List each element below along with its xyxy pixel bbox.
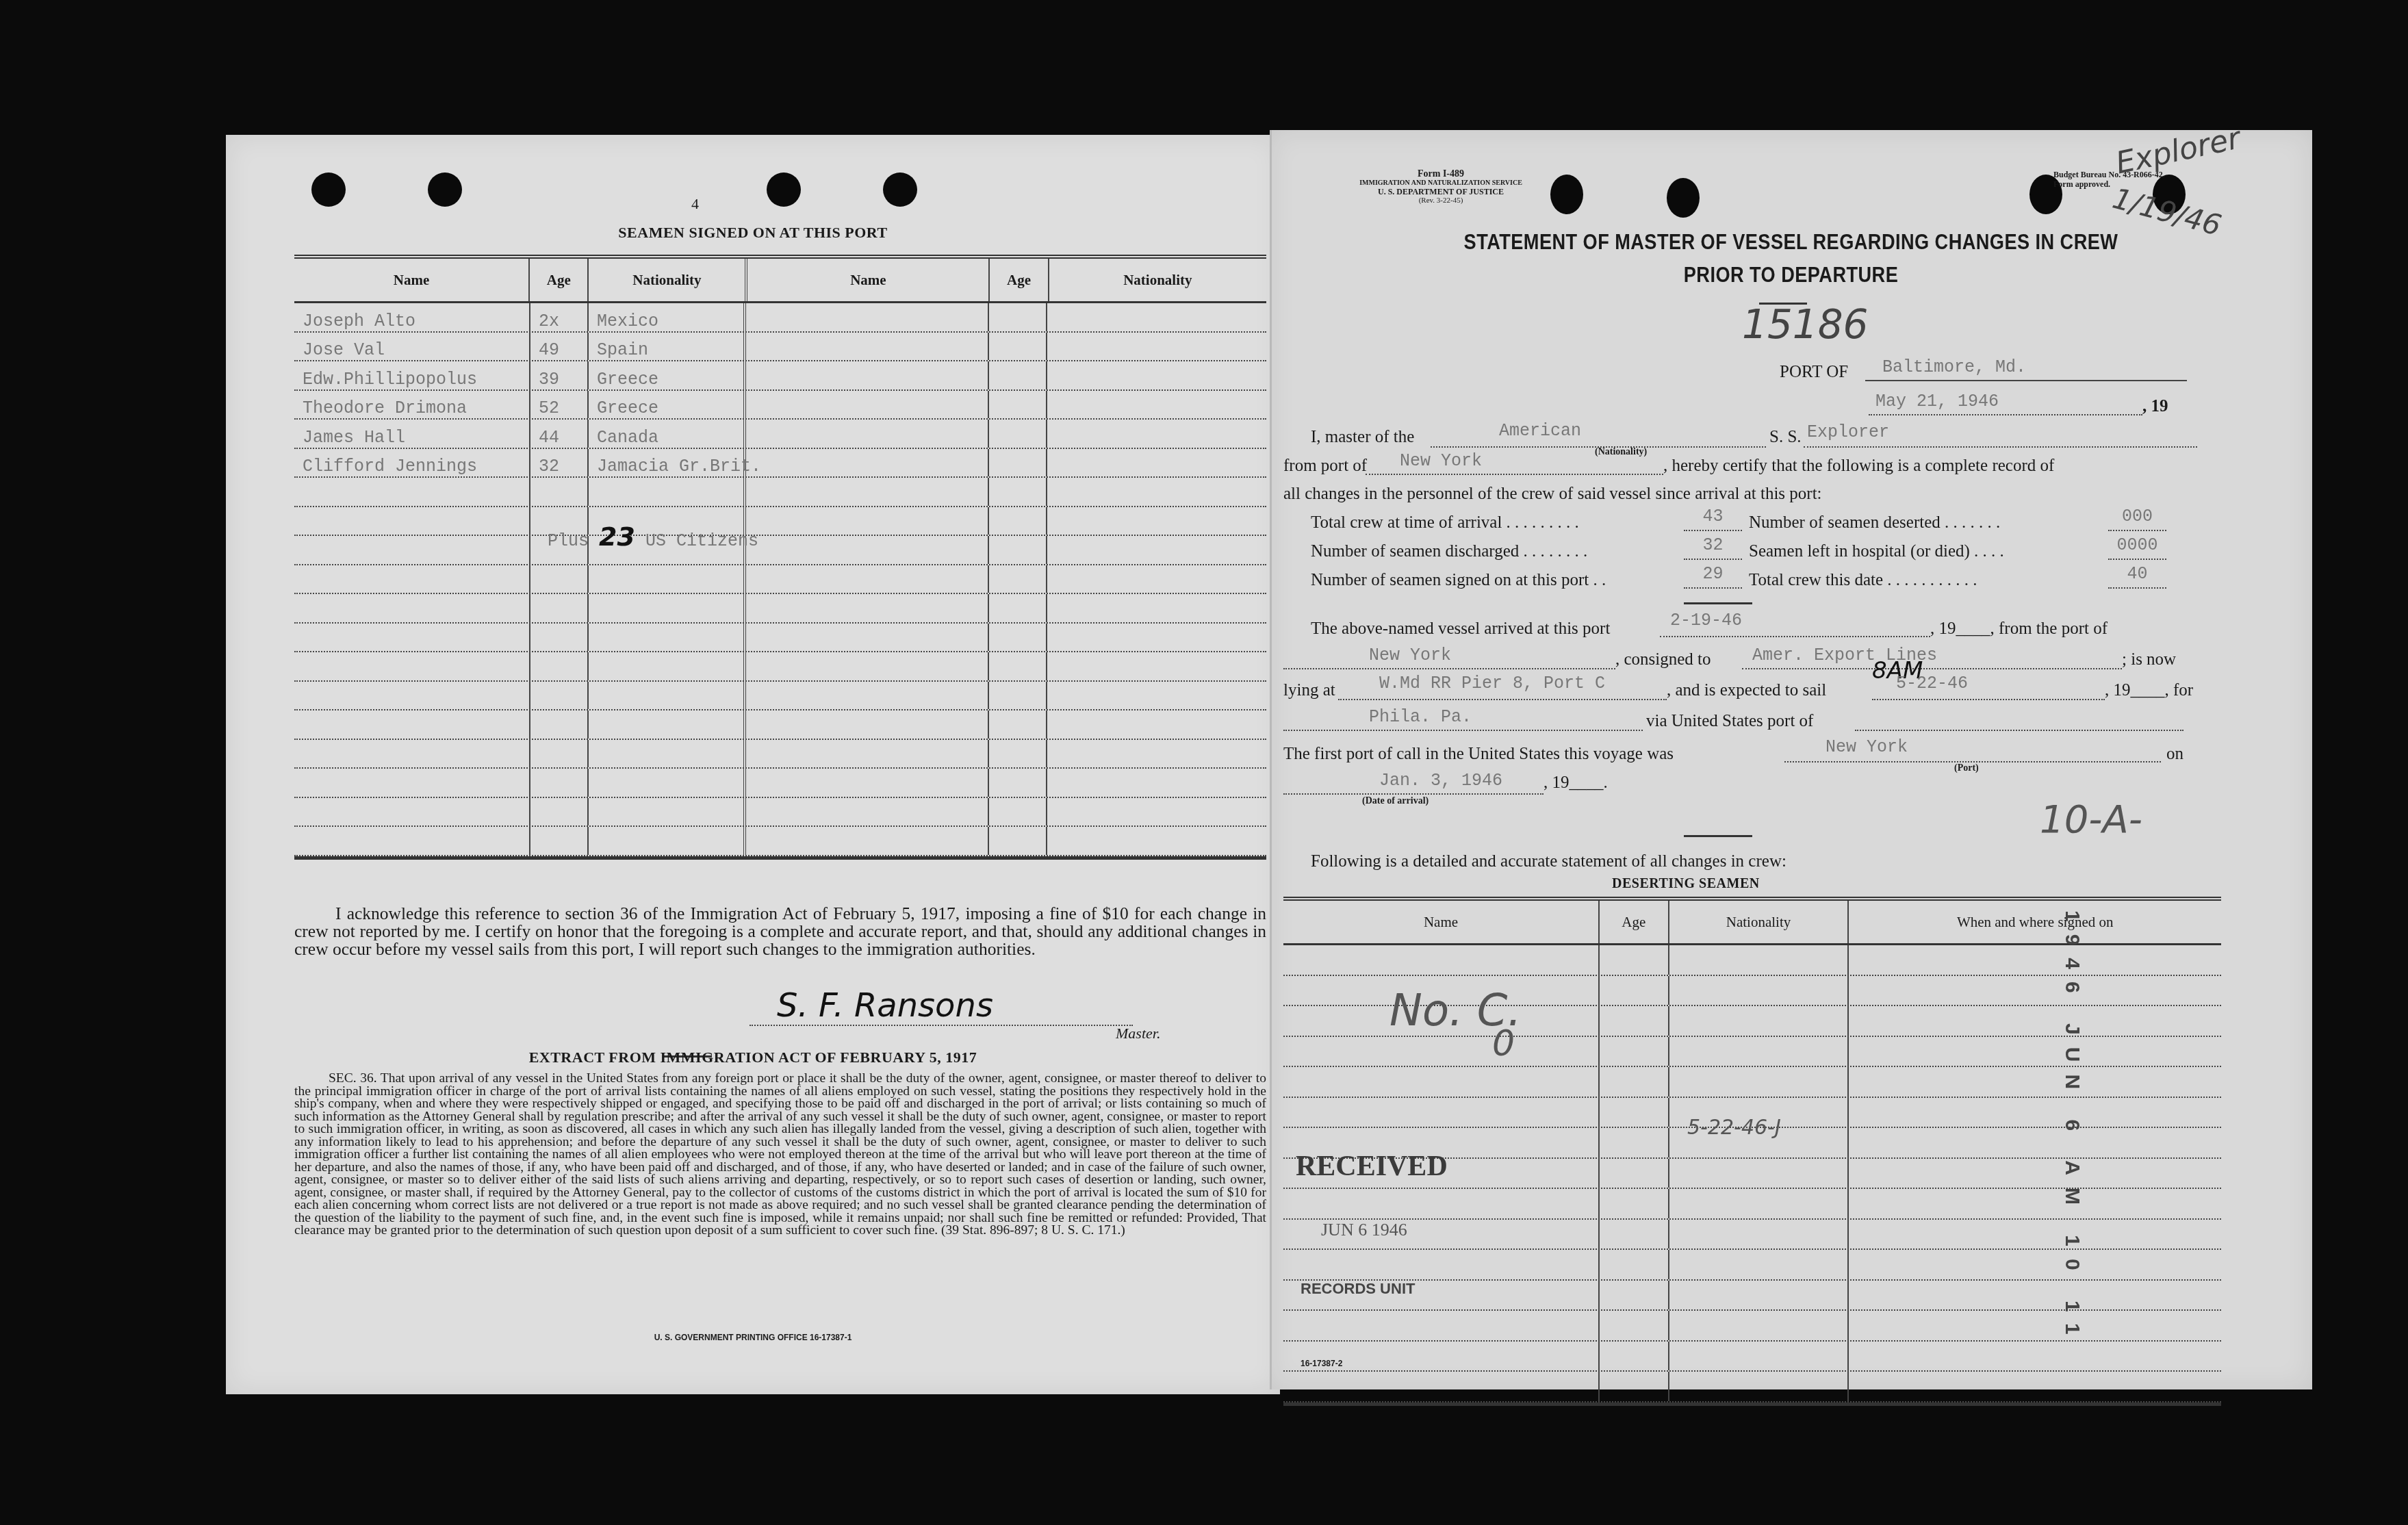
total-crew-arrival: 43 — [1684, 507, 1742, 531]
handwritten-number: 15186 — [1742, 301, 1869, 348]
cell-nationality: Canada — [589, 420, 746, 448]
printer-line: U. S. GOVERNMENT PRINTING OFFICE 16-1738… — [226, 1333, 1280, 1342]
date-field: May 21, 1946 — [1869, 394, 2142, 415]
records-unit-stamp: RECORDS UNIT — [1301, 1280, 1415, 1298]
table-row — [294, 594, 1266, 624]
page-number: 4 — [691, 195, 699, 213]
seamen-signed-on-table: Name Age Nationality Name Age Nationalit… — [294, 255, 1266, 860]
seamen-discharged: 32 — [1684, 535, 1742, 560]
cell-name: Joseph Alto — [294, 303, 530, 331]
arrived-from-field: New York — [1283, 645, 1615, 669]
table-row — [1283, 1372, 2221, 1402]
table-row — [294, 478, 1266, 507]
cell-age: 2x — [530, 303, 589, 331]
vertical-date-stamp: 1946 JUN 6 AM 10 11 — [2060, 910, 2084, 1347]
divider — [1684, 602, 1752, 604]
cell-nationality: Spain — [589, 333, 746, 361]
from-port-field: New York — [1366, 452, 1663, 475]
handwritten-zero: 0 — [1492, 1023, 1515, 1064]
table-row — [294, 682, 1266, 711]
handwritten-date-note: 5-22-46-J — [1687, 1116, 1781, 1140]
table-row: Edw.Phillipopolus39Greece — [294, 361, 1266, 391]
table-row: Clifford Jennings32Jamacia Gr.Brit. — [294, 449, 1266, 478]
sail-date-field: 5-22-46 — [1872, 674, 2105, 700]
table-row: Theodore Drimona52Greece — [294, 391, 1266, 420]
ship-name-field: Explorer — [1804, 424, 2197, 448]
total-crew-date: 40 — [2108, 564, 2166, 589]
page-fold — [1270, 130, 1272, 1389]
section-title: SEAMEN SIGNED ON AT THIS PORT — [226, 224, 1280, 242]
table-row — [294, 798, 1266, 828]
table-row — [294, 710, 1266, 740]
handwritten-code: 10-A- — [2040, 797, 2142, 842]
port-field: Baltimore, Md. — [1865, 359, 2187, 381]
table-header: Name Age Nationality Name Age Nationalit… — [294, 259, 1266, 303]
seamen-deserted: 000 — [2108, 507, 2166, 531]
cell-age: 39 — [530, 361, 589, 389]
table-row: Joseph Alto2xMexico — [294, 303, 1266, 333]
table-row: Jose Val49Spain — [294, 333, 1266, 362]
cell-age: 49 — [530, 333, 589, 361]
received-stamp-date: JUN 6 1946 — [1321, 1220, 1407, 1240]
cell-name: Edw.Phillipopolus — [294, 361, 530, 389]
form-header: Form I-489 IMMIGRATION AND NATURALIZATIO… — [1311, 170, 1571, 205]
handwritten-ship-name: Explorer — [2113, 120, 2244, 181]
first-arrival-date-field: Jan. 3, 1946 — [1283, 770, 1544, 795]
punch-hole — [311, 172, 346, 207]
table-row — [294, 565, 1266, 595]
via-port-field — [1855, 705, 2183, 731]
deserting-title: DESERTING SEAMEN — [1612, 876, 1760, 892]
cell-nationality: Mexico — [589, 303, 746, 331]
master-label: Master. — [1116, 1025, 1160, 1042]
table-row — [294, 769, 1266, 798]
cell-nationality: Greece — [589, 391, 746, 419]
divider — [1684, 835, 1752, 837]
punch-hole — [428, 172, 462, 207]
left-page: 4 SEAMEN SIGNED ON AT THIS PORT Name Age… — [226, 135, 1280, 1394]
seamen-hospital: 0000 — [2108, 535, 2166, 560]
signature-line: S. F. Ransons — [750, 990, 1133, 1026]
cell-nationality: Jamacia Gr.Brit. — [589, 449, 746, 477]
right-page: Form I-489 IMMIGRATION AND NATURALIZATIO… — [1270, 130, 2312, 1389]
cell-name: James Hall — [294, 420, 530, 448]
table-row: James Hall44Canada — [294, 420, 1266, 449]
cell-age: 52 — [530, 391, 589, 419]
table-row — [294, 536, 1266, 565]
printer-code: 16-17387-2 — [1301, 1359, 1342, 1368]
acknowledgement-text: I acknowledge this reference to section … — [294, 905, 1266, 958]
destination-field: Phila. Pa. — [1283, 705, 1643, 731]
arrival-date-field: 2-19-46 — [1660, 613, 1930, 637]
table-row — [294, 624, 1266, 653]
form-title: STATEMENT OF MASTER OF VESSEL REGARDING … — [1348, 229, 2234, 255]
form-number: Form I-489 — [1311, 170, 1571, 179]
table-row — [294, 740, 1266, 769]
punch-hole — [767, 172, 801, 207]
table-row — [294, 507, 1266, 537]
cell-age: 32 — [530, 449, 589, 477]
us-citizens-note: Plus 23 US Citizens — [548, 522, 758, 552]
punch-hole — [883, 172, 917, 207]
punch-hole — [1667, 178, 1700, 218]
table-row — [294, 652, 1266, 682]
nationality-field: American — [1431, 424, 1766, 448]
cell-name: Clifford Jennings — [294, 449, 530, 477]
consignee-field: Amer. Export Lines — [1742, 645, 2122, 669]
cell-nationality: Greece — [589, 361, 746, 389]
cell-name: Jose Val — [294, 333, 530, 361]
following-text: Following is a detailed and accurate sta… — [1311, 852, 1786, 871]
cell-age: 44 — [530, 420, 589, 448]
note-count: 23 — [599, 522, 635, 552]
seamen-signed-on: 29 — [1684, 564, 1742, 589]
table-row — [294, 827, 1266, 856]
master-signature: S. F. Ransons — [777, 986, 993, 1025]
form-subtitle: PRIOR TO DEPARTURE — [1348, 262, 2234, 287]
received-stamp: RECEIVED — [1296, 1150, 1448, 1183]
cell-name: Theodore Drimona — [294, 391, 530, 419]
first-port-field: New York — [1784, 738, 2161, 762]
extract-text: SEC. 36. That upon arrival of any vessel… — [294, 1073, 1266, 1238]
extract-title: EXTRACT FROM IMMIGRATION ACT OF FEBRUARY… — [226, 1049, 1280, 1066]
lying-at-field: W.Md RR Pier 8, Port C — [1338, 674, 1667, 700]
